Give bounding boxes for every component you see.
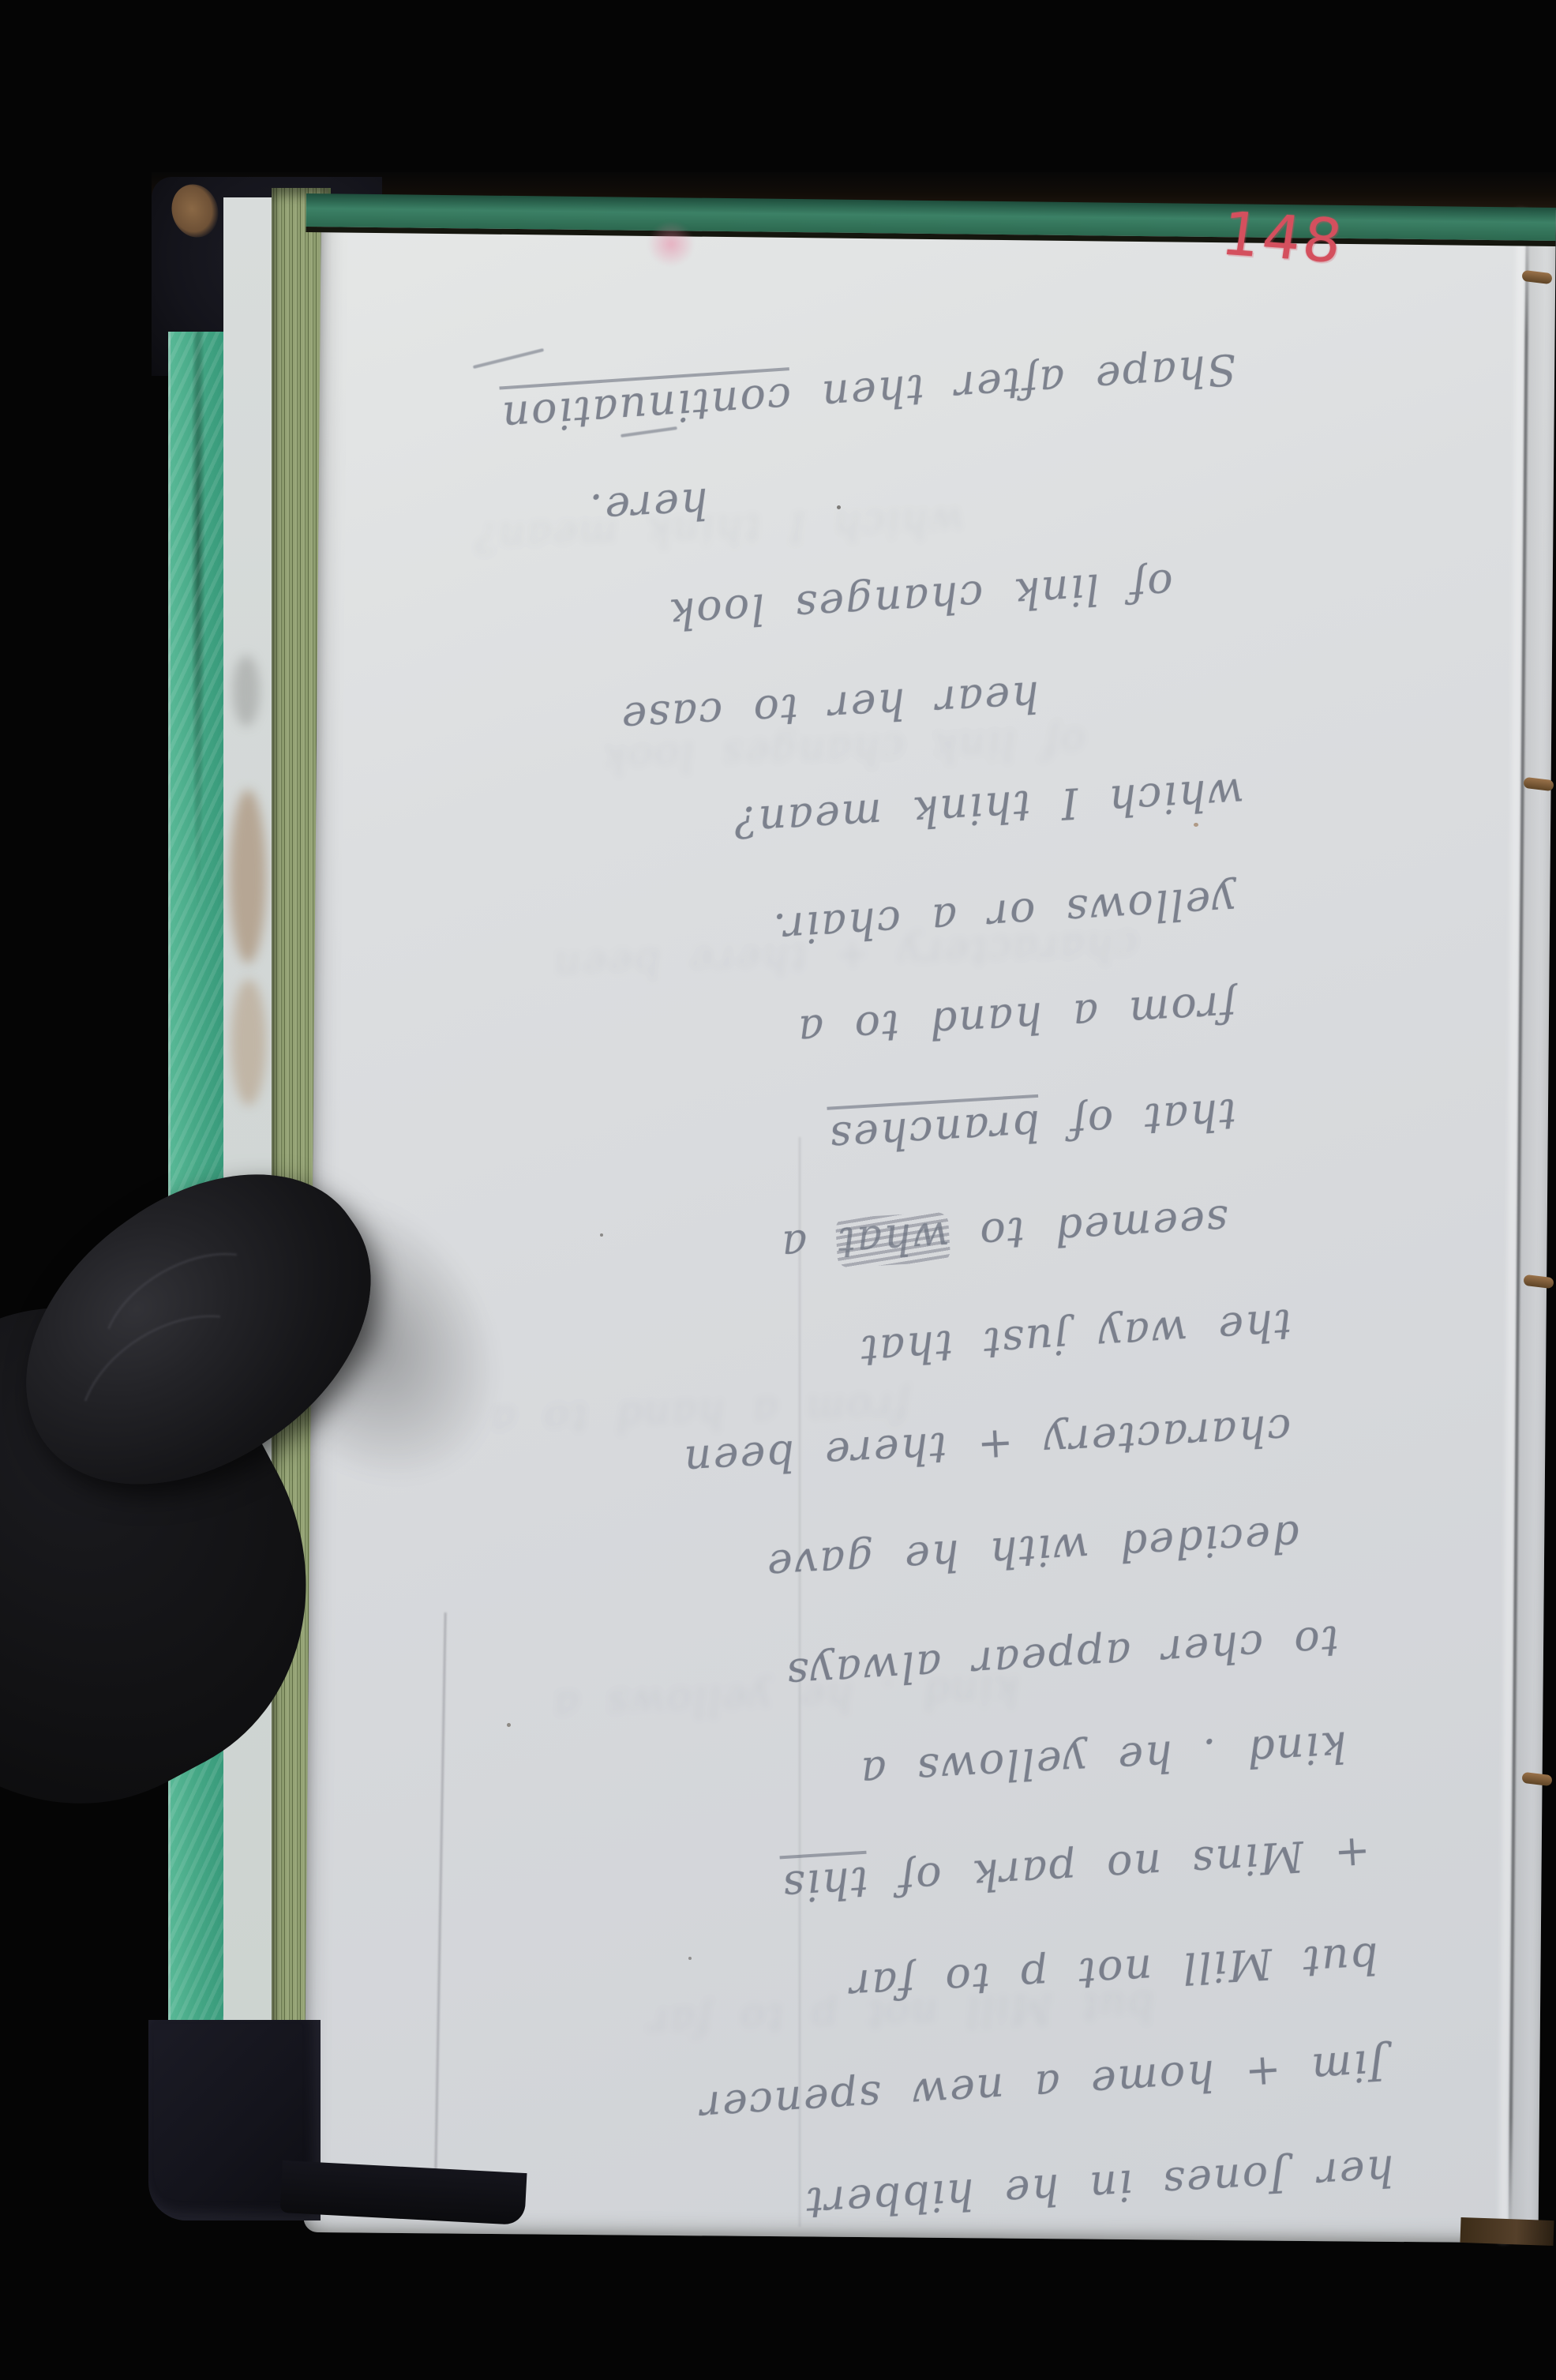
manuscript-photo: which I think mean?charactery + there be… [0, 0, 1556, 2380]
handwriting-block: her Jones in he hibbertJim + home a new … [395, 278, 1409, 2217]
flyleaf-stain [233, 655, 260, 726]
flyleaf-stain [231, 979, 266, 1106]
folio-number: 148 [1217, 198, 1348, 276]
pink-crayon-smudge [647, 221, 695, 267]
cover-edge-wedge [1460, 2217, 1554, 2246]
flyleaf-stain [230, 790, 266, 963]
